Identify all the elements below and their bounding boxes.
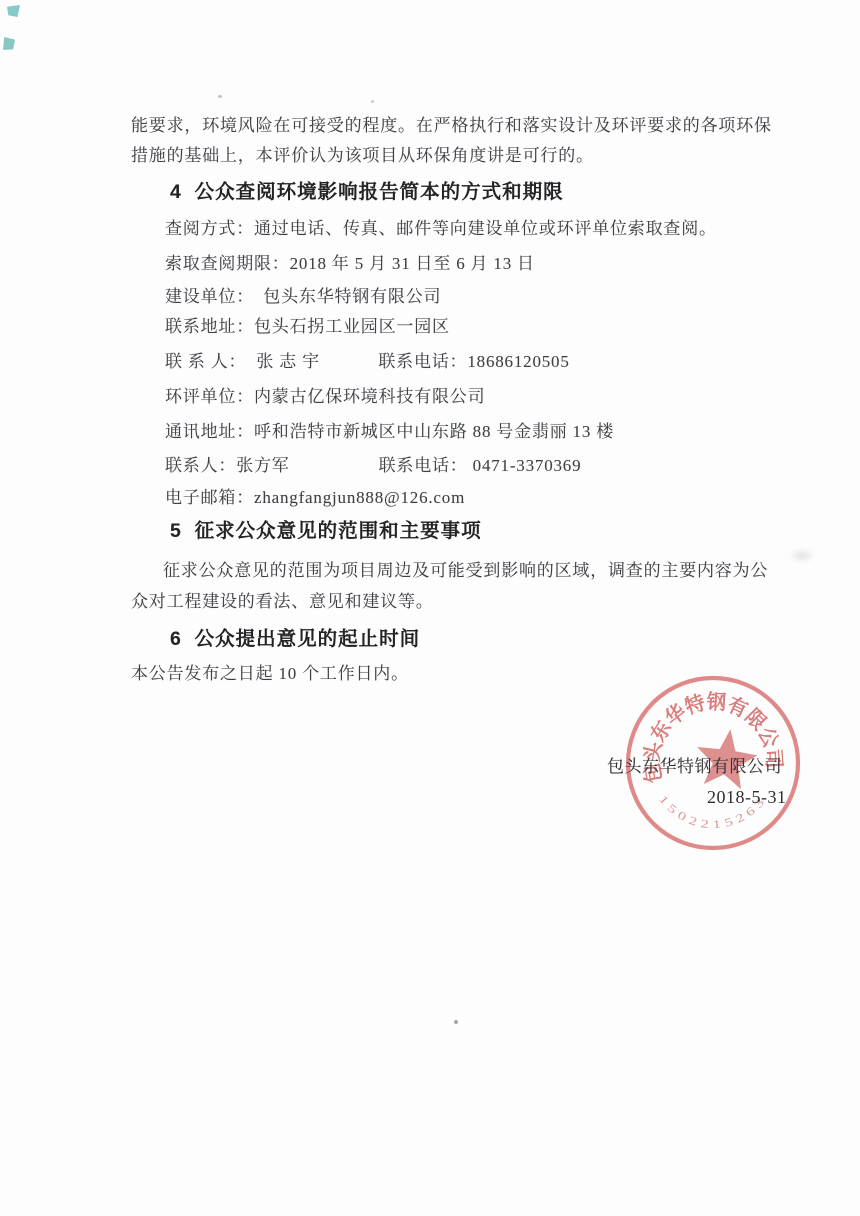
section-5-heading: 5 征求公众意见的范围和主要事项 [170,515,482,543]
section-6-heading: 6 公众提出意见的起止时间 [170,623,420,651]
contact-line-mailing-address: 通讯地址：呼和浩特市新城区中山东路 88 号金翡丽 13 楼 [165,417,614,442]
scan-speck [454,1020,458,1024]
signature-date: 2018-5-31 [707,787,787,808]
contact-line-address: 联系地址：包头石拐工业园区一园区 [165,312,450,337]
signature-company: 包头东华特钢有限公司 [607,752,782,777]
scan-artifact-corner-2 [3,37,15,50]
scope-paragraph-line-1: 征求公众意见的范围为项目周边及可能受到影响的区域，调查的主要内容为公 [163,556,768,581]
intro-line-2: 措施的基础上，本评价认为该项目从环保角度讲是可行的。 [131,141,594,166]
contact-line-view-method: 查阅方式：通过电话、传真、邮件等向建设单位或环评单位索取查阅。 [165,214,717,239]
scan-speck [371,100,374,103]
scan-artifact-corner-1 [7,5,20,17]
scanned-document-page: 能要求，环境风险在可接受的程度。在严格执行和落实设计及环评要求的各项环保 措施的… [0,0,860,1216]
scope-paragraph-line-2: 众对工程建设的看法、意见和建议等。 [131,587,434,612]
contact-line-person-1: 联 系 人： 张 志 宇 联系电话：18686120505 [165,347,570,372]
contact-line-person-2: 联系人：张方军 联系电话： 0471-3370369 [165,451,581,476]
deadline-text: 本公告发布之日起 10 个工作日内。 [131,659,409,684]
intro-line-1: 能要求，环境风险在可接受的程度。在严格执行和落实设计及环评要求的各项环保 [131,111,772,136]
contact-line-eia-unit: 环评单位：内蒙古亿保环境科技有限公司 [165,382,485,407]
contact-line-construction-unit: 建设单位： 包头东华特钢有限公司 [165,282,441,307]
contact-line-period: 索取查阅期限：2018 年 5 月 31 日至 6 月 13 日 [165,249,535,274]
scan-smudge [789,548,815,563]
scan-speck [218,95,222,98]
section-4-heading: 4 公众查阅环境影响报告简本的方式和期限 [170,176,564,204]
contact-line-email: 电子邮箱：zhangfangjun888@126.com [165,483,465,508]
